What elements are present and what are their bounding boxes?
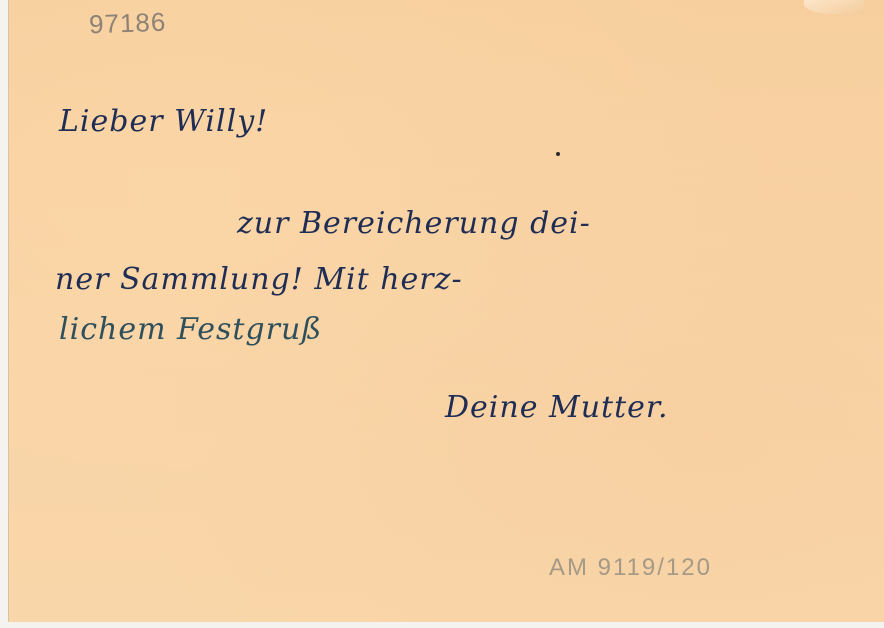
body-line-3: lichem Festgruß: [59, 312, 322, 347]
body-line-2: ner Sammlung! Mit herz-: [55, 262, 463, 297]
ink-dot: [556, 152, 560, 156]
salutation: Lieber Willy!: [59, 104, 268, 139]
signature: Deine Mutter.: [445, 390, 669, 425]
body-line-1: zur Bereicherung dei-: [237, 206, 591, 241]
corner-crease: [804, 0, 864, 14]
catalog-mark: AM 9119/120: [549, 554, 712, 582]
letter-card: 97186 Lieber Willy! zur Bereicherung dei…: [9, 0, 884, 622]
archive-number: 97186: [88, 7, 166, 41]
